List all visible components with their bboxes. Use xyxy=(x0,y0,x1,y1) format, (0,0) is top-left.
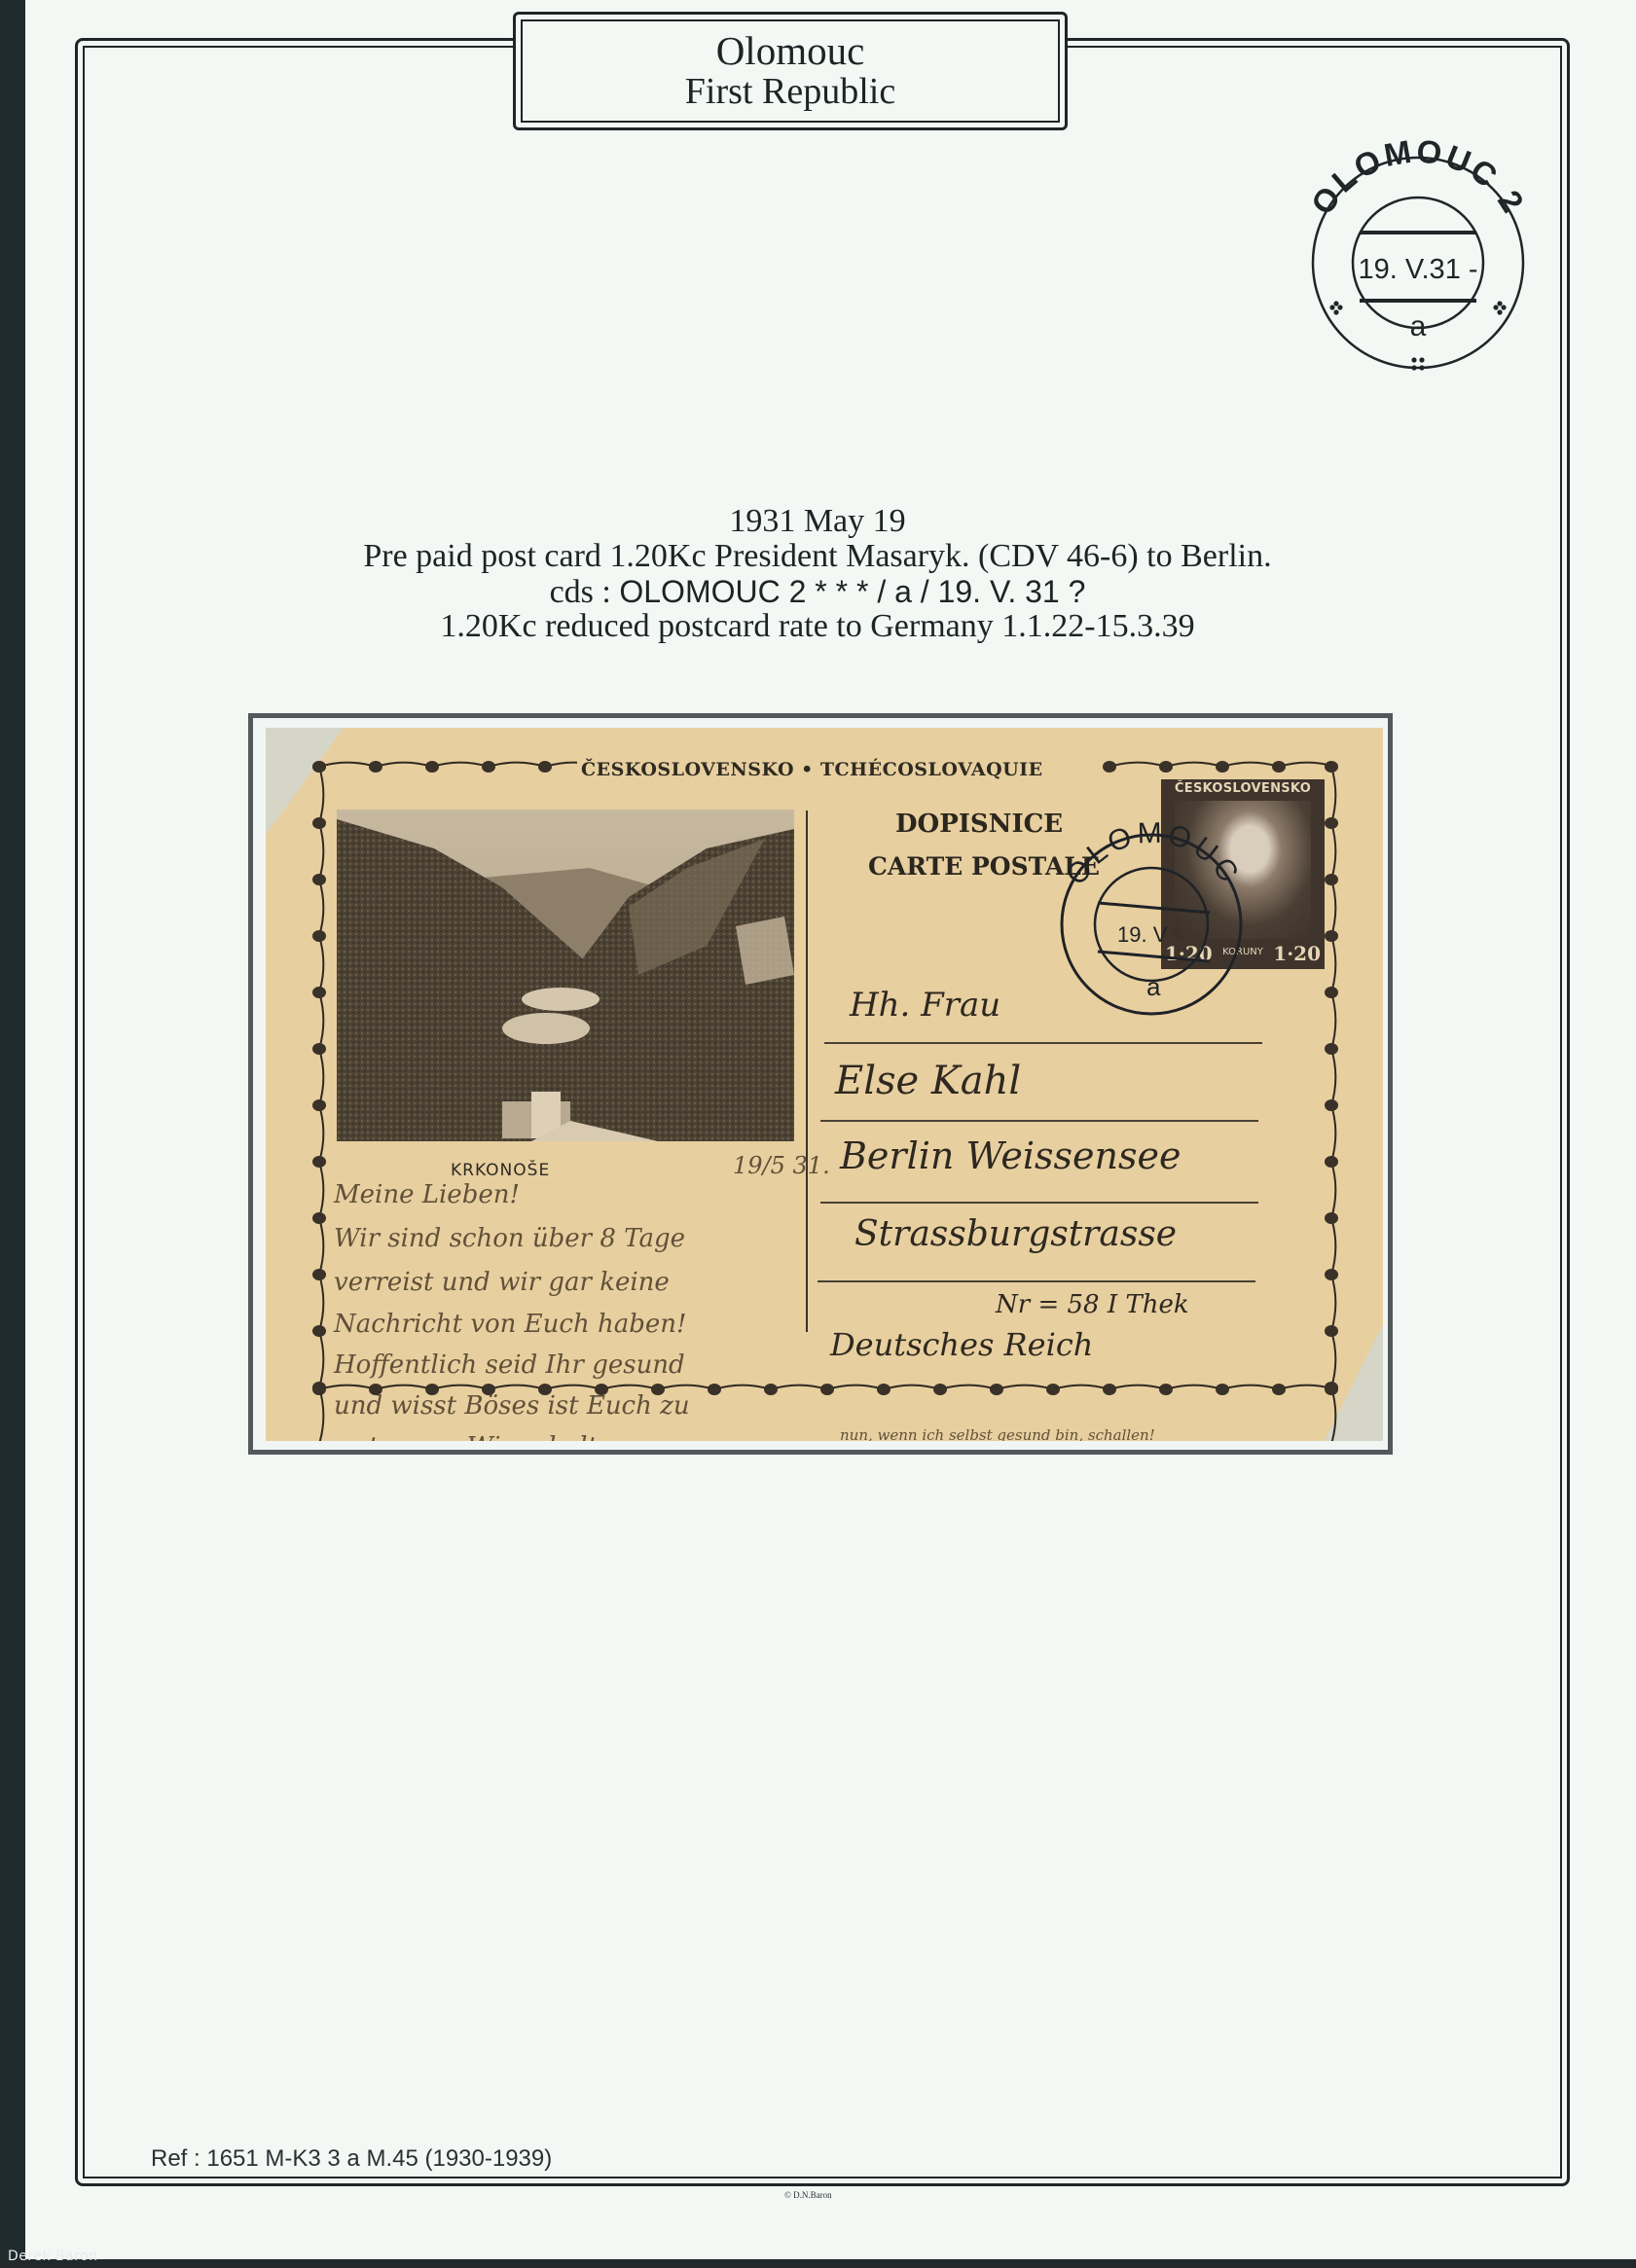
postmark-sample-date: 19. V.31 - xyxy=(1358,254,1477,285)
address-line xyxy=(820,1120,1258,1122)
card-title-czech: DOPISNICE xyxy=(895,810,1063,839)
address-text: Hh. Frau xyxy=(850,986,1000,1025)
page-subtitle: First Republic xyxy=(523,72,1058,111)
address-line xyxy=(818,1280,1255,1282)
address-text: Else Kahl xyxy=(835,1059,1021,1103)
scan-credit: Derek Baron xyxy=(8,2249,98,2264)
message-line: Hoffentlich seid Ihr gesund xyxy=(334,1350,685,1380)
address-text: Berlin Weissensee xyxy=(840,1134,1181,1177)
scan-edge xyxy=(0,2259,1636,2268)
description-rate: 1.20Kc reduced postcard rate to Germany … xyxy=(117,609,1518,644)
krkonose-photo xyxy=(337,810,794,1141)
svg-text:a: a xyxy=(1146,972,1161,1001)
message-line: und wisst Böses ist Euch zu xyxy=(334,1391,690,1421)
title-box-inner: Olomouc First Republic xyxy=(521,19,1060,123)
postmark-icon: OLOMOUC 19. V a xyxy=(1044,815,1258,1020)
address-text: Nr = 58 I Thek xyxy=(996,1290,1189,1319)
reference-text: Ref : 1651 M-K3 3 a M.45 (1930-1939) xyxy=(151,2145,552,2173)
stamp-country: ČESKOSLOVENSKO xyxy=(1161,779,1325,799)
svg-text:OLOMOUC: OLOMOUC xyxy=(1060,817,1247,891)
message-line: gestossen. Wir erhalten xyxy=(324,1432,629,1441)
copyright: © D.N.Baron xyxy=(784,2190,832,2200)
address-line xyxy=(820,1202,1258,1204)
address-line xyxy=(824,1042,1262,1044)
message-line: verreist und wir gar keine xyxy=(334,1268,670,1297)
message-line: Nachricht von Euch haben! xyxy=(334,1310,686,1339)
message-line: Meine Lieben! xyxy=(334,1180,520,1209)
svg-text:OLOMOUC 2: OLOMOUC 2 xyxy=(1304,136,1533,221)
address-text: Deutsches Reich xyxy=(830,1326,1093,1363)
description-date: 1931 May 19 xyxy=(117,504,1518,539)
postcard: ČESKOSLOVENSKO • TCHÉCOSLOVAQUIE KRKONOŠ… xyxy=(266,728,1383,1441)
svg-text:19. V: 19. V xyxy=(1117,922,1168,947)
description-cds: cds : OLOMOUC 2 * * * / a / 19. V. 31 ? xyxy=(117,574,1518,610)
stamp-value: 1·20 xyxy=(1273,941,1321,966)
card-divider xyxy=(806,810,808,1332)
cds-text: OLOMOUC 2 * * * / a / 19. V. 31 ? xyxy=(619,574,1085,609)
address-text: Strassburgstrasse xyxy=(854,1214,1177,1254)
description-item: Pre paid post card 1.20Kc President Masa… xyxy=(117,539,1518,574)
card-header: ČESKOSLOVENSKO • TCHÉCOSLOVAQUIE xyxy=(577,759,1047,780)
handwritten-date: 19/5 31. xyxy=(733,1152,830,1179)
scan-edge xyxy=(0,0,25,2268)
photo-caption: KRKONOŠE xyxy=(451,1161,550,1180)
postmark-sample-icon: OLOMOUC 2 19. V.31 - a xyxy=(1277,136,1559,379)
bottom-note: nun, wenn ich selbst gesund bin, schalle… xyxy=(840,1426,1155,1441)
postmark-sample-letter: a xyxy=(1410,310,1427,342)
message-line: Wir sind schon über 8 Tage xyxy=(334,1224,685,1253)
page-title: Olomouc xyxy=(523,29,1058,72)
